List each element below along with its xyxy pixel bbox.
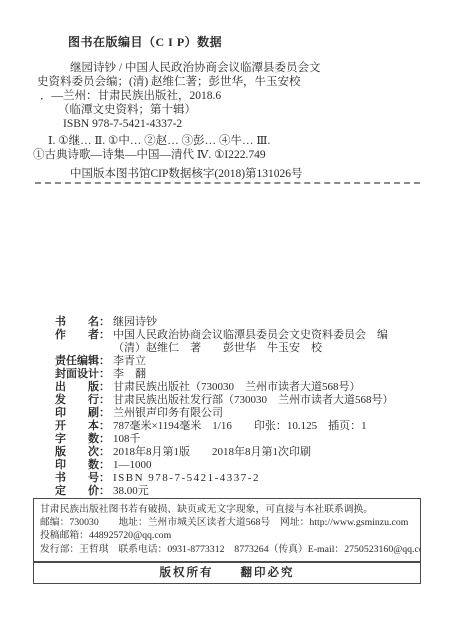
colophon-value: 继园诗钞 [113,316,157,328]
colophon-value: 38.00元 [113,485,149,497]
colophon-value: （清）赵维仁 著 彭世华 牛玉安 校 [113,342,322,354]
colophon-value: 甘肃民族出版社（730030 兰州市读者大道568号） [113,381,361,393]
colophon-value: 甘肃民族出版社发行部（730030 兰州市读者大道568号） [113,394,394,406]
colophon-row-print-run: 印 数：1—1000 [55,459,425,472]
cip-data-header: 图书在版编目（C I P）数据 [68,35,425,49]
cip-description-line: ．—兰州：甘肃民族出版社，2018.6 [40,89,425,103]
colophon-label: 作 者： [55,329,113,342]
cip-classification-line: Ⅰ. ①继… Ⅱ. ①中… ②赵… ③彭… ④牛… Ⅲ. [48,134,425,148]
cip-isbn: ISBN 978-7-5421-4337-2 [63,117,425,131]
colophon-row-author-cont: （清）赵维仁 著 彭世华 牛玉安 校 [55,342,425,355]
colophon-row-author: 作 者：中国人民政治协商会议临潭县委员会文史资料委员会 编 [55,329,425,342]
colophon-label: 封面设计： [55,368,113,381]
contact-line-address: 邮编：730030 地址：兰州市城关区读者大道568号 网址：http://ww… [40,516,414,529]
cip-description-line: 史资料委员会编；(清) 赵维仁著；彭世华，牛玉安校 [37,75,425,89]
colophon-label: 印 刷： [55,407,113,420]
colophon-value: 2018年8月第1版 2018年8月第1次印刷 [113,446,311,458]
colophon-value: 787毫米×1194毫米 1/16 印张：10.125 插页：1 [113,420,367,432]
cip-series-note: （临潭文史资料；第十辑） [58,103,425,117]
colophon-row-publisher: 出 版：甘肃民族出版社（730030 兰州市读者大道568号） [55,381,425,394]
colophon-value: 中国人民政治协商会议临潭县委员会文史资料委员会 编 [113,329,388,341]
colophon-row-title: 书 名：继园诗钞 [55,316,425,329]
colophon-value: 李 翻 [113,368,146,380]
contact-line-distribution: 发行部：王哲琪 联系电话：0931-8773312 8773264（传真）E-m… [40,543,414,556]
contact-info-box: 甘肃民族出版社图书若有破损、缺页或无文字现象，可直接与本社联系调换。 邮编：73… [33,498,421,562]
contact-line-exchange-notice: 甘肃民族出版社图书若有破损、缺页或无文字现象，可直接与本社联系调换。 [40,503,414,516]
colophon-label: 版 次： [55,446,113,459]
colophon-row-printer: 印 刷：兰州银声印务有限公司 [55,407,425,420]
colophon-label: 书 号： [55,472,113,485]
colophon-block: 书 名：继园诗钞 作 者：中国人民政治协商会议临潭县委员会文史资料委员会 编 （… [55,316,425,498]
colophon-row-editor: 责任编辑：李青立 [55,355,425,368]
colophon-row-word-count: 字 数：108千 [55,433,425,446]
colophon-row-distributor: 发 行：甘肃民族出版社发行部（730030 兰州市读者大道568号） [55,394,425,407]
colophon-label: 印 数： [55,459,113,472]
colophon-row-format: 开 本：787毫米×1194毫米 1/16 印张：10.125 插页：1 [55,420,425,433]
colophon-label: 字 数： [55,433,113,446]
colophon-row-isbn: 书 号：ISBN 978-7-5421-4337-2 [55,472,425,485]
cip-record-number: 中国版本图书馆CIP数据核字(2018)第131026号 [70,167,425,181]
cip-block: 图书在版编目（C I P）数据 继园诗钞 / 中国人民政治协商会议临潭县委员会文… [33,35,425,181]
contact-line-submission-email: 投稿邮箱：448925720@qq.com [40,529,414,542]
colophon-value: 108千 [113,433,141,445]
copyright-notice: 版权所有 翻印必究 [160,567,295,579]
colophon-value: 1—1000 [113,459,152,471]
colophon-label: 发 行： [55,394,113,407]
copyright-notice-box: 版权所有 翻印必究 [33,562,421,584]
colophon-label: 定 价： [55,485,113,498]
colophon-label: 责任编辑： [55,355,113,368]
colophon-label: 开 本： [55,420,113,433]
colophon-row-cover-design: 封面设计：李 翻 [55,368,425,381]
cip-classification-line: ①古典诗歌—诗集—中国—清代 Ⅳ. ①I222.749 [33,148,425,162]
colophon-value: ISBN 978-7-5421-4337-2 [113,472,260,484]
colophon-row-price: 定 价：38.00元 [55,485,425,498]
cip-description-line: 继园诗钞 / 中国人民政治协商会议临潭县委员会文 [70,61,425,75]
colophon-value: 兰州银声印务有限公司 [113,407,223,419]
dashed-divider [35,182,420,184]
copyright-page: 图书在版编目（C I P）数据 继园诗钞 / 中国人民政治协商会议临潭县委员会文… [0,0,450,626]
colophon-label: 书 名： [55,316,113,329]
colophon-label: 出 版： [55,381,113,394]
colophon-row-edition: 版 次：2018年8月第1版 2018年8月第1次印刷 [55,446,425,459]
colophon-value: 李青立 [113,355,146,367]
